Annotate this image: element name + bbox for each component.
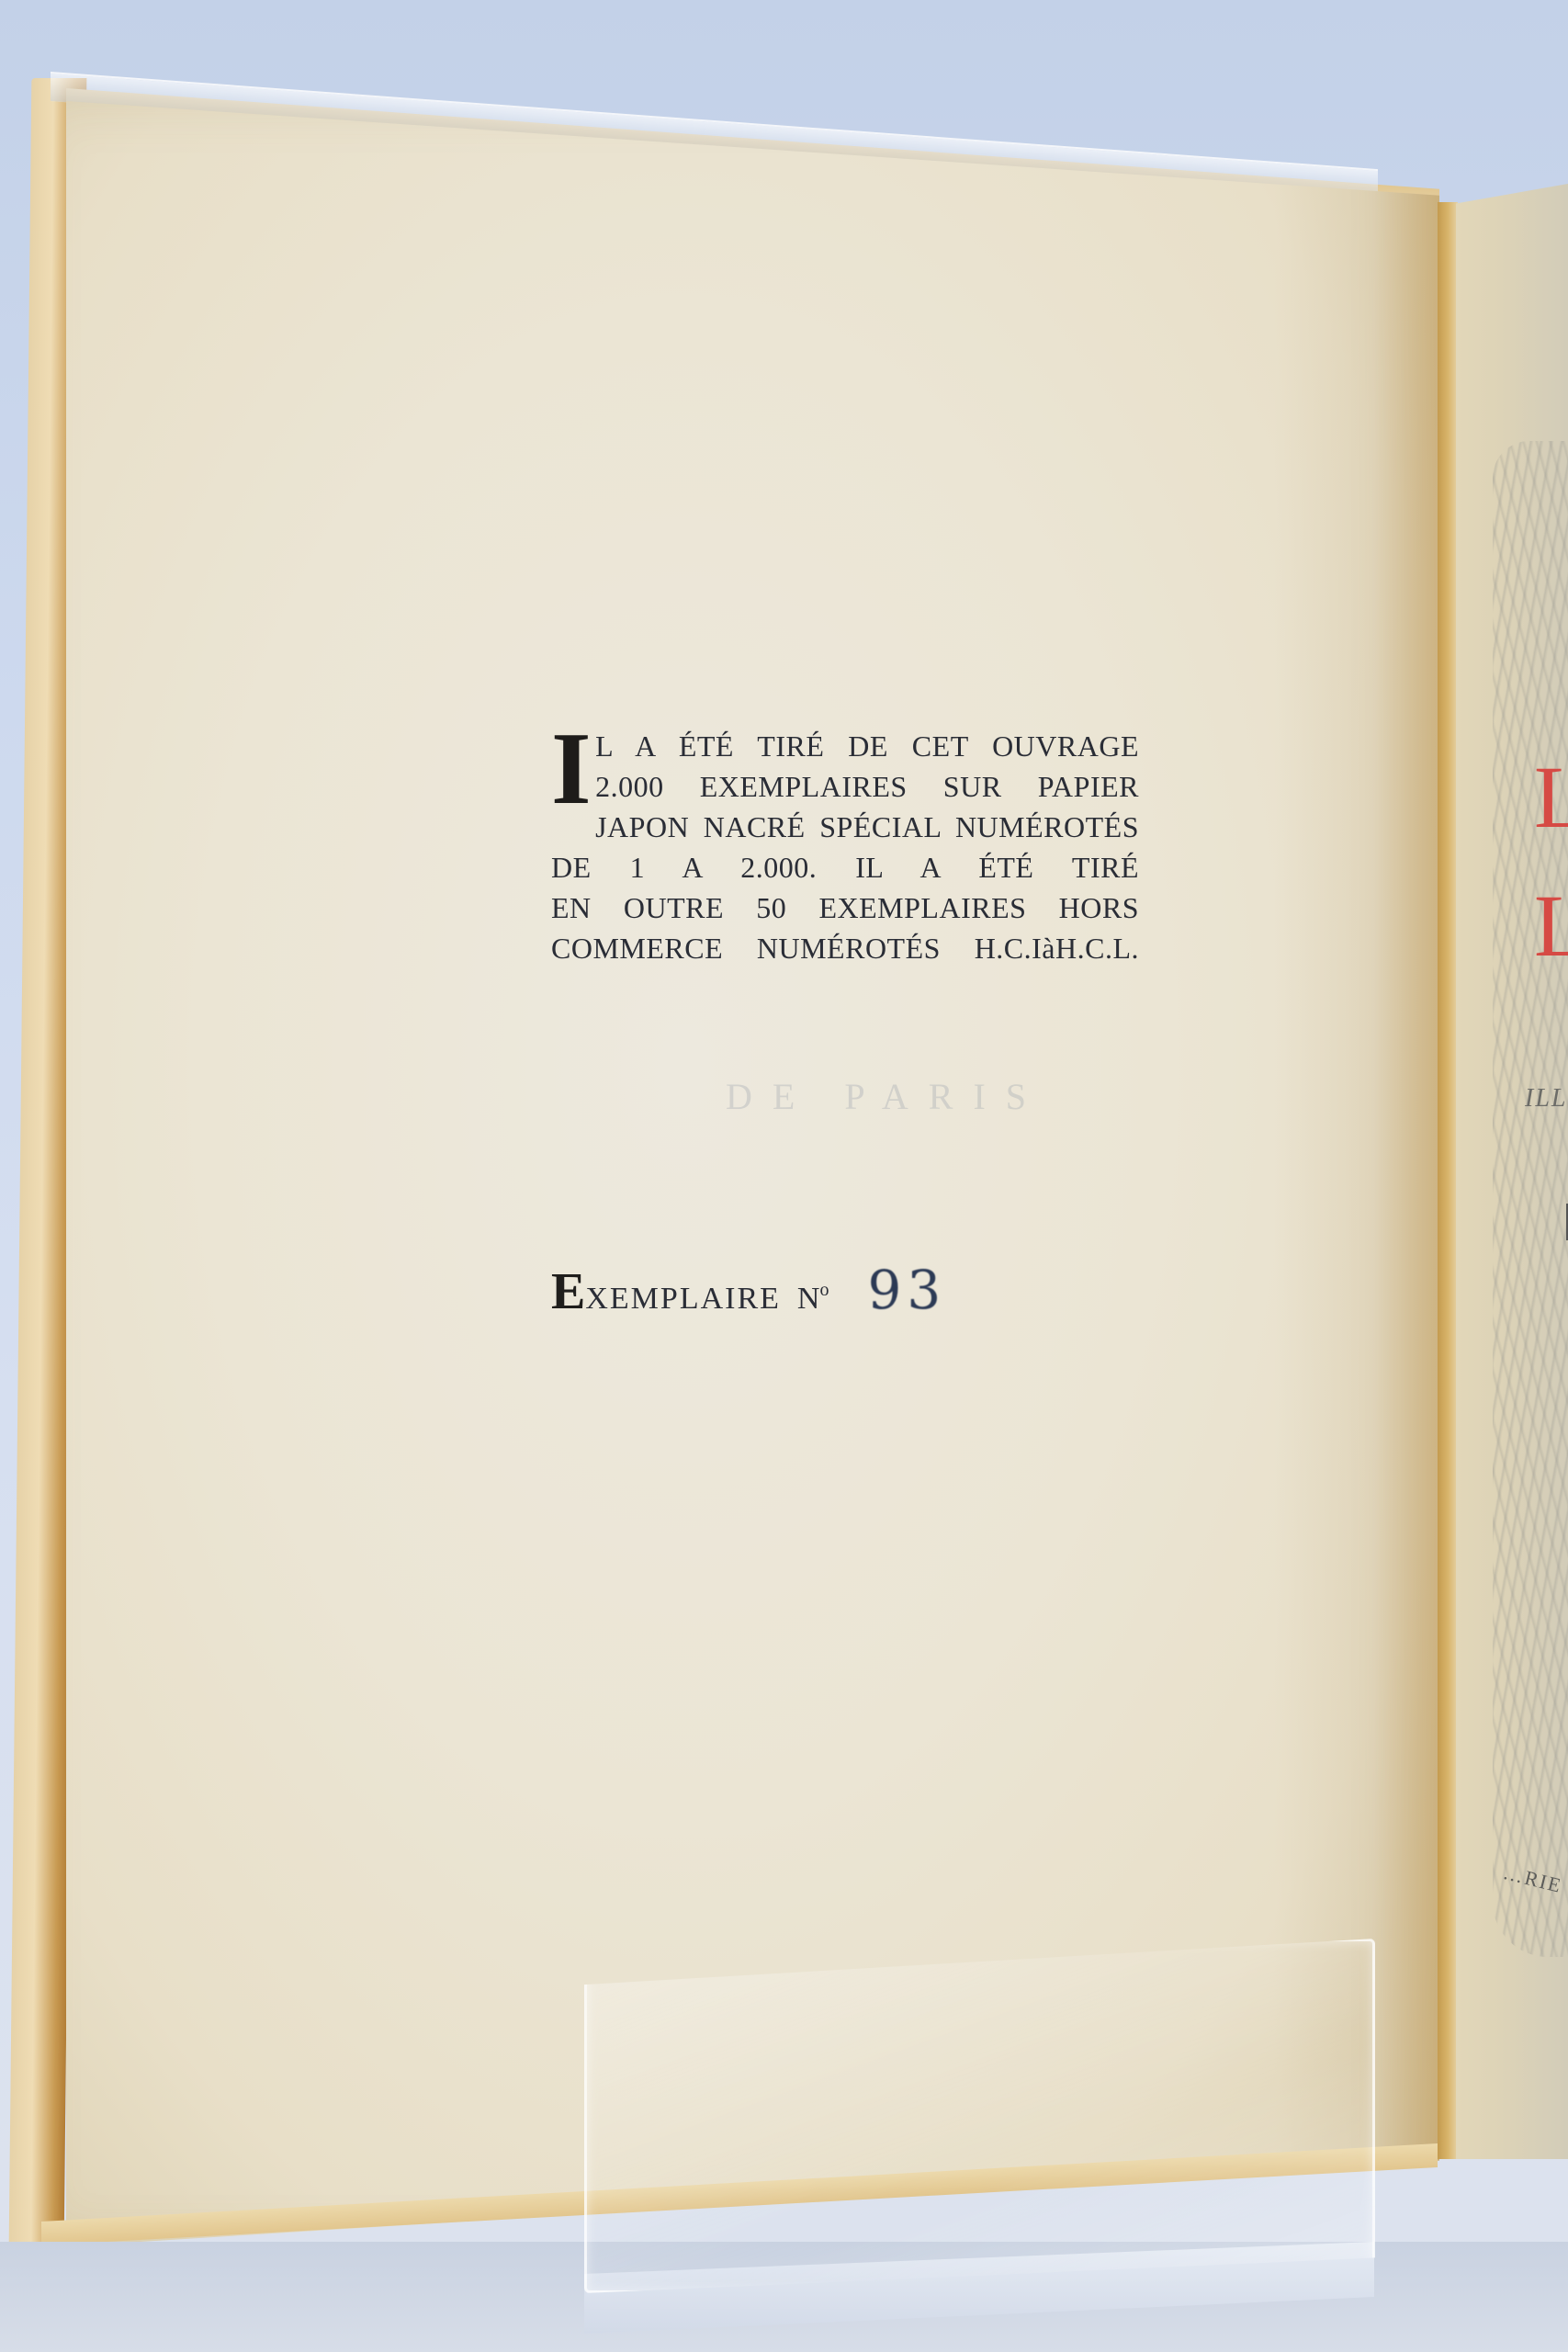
limitation-statement: I L A ÉTÉ TIRÉ DE CET OUVRAGE 2.000 EXEM… <box>551 726 1139 968</box>
statement-line: EN OUTRE 50 EXEMPLAIRES HORS <box>551 888 1139 928</box>
drop-cap: I <box>551 729 592 808</box>
title-red-line-1: LE <box>1534 753 1568 842</box>
handwritten-copy-number: 93 <box>867 1259 946 1321</box>
number-sign: No <box>797 1282 829 1316</box>
statement-line: COMMERCE NUMÉROTÉS H.C.IàH.C.L. <box>551 928 1139 968</box>
stand-panel <box>584 1939 1375 2293</box>
copy-label: XEMPLAIRE <box>585 1282 781 1316</box>
number-sign-letter: N <box>797 1282 820 1316</box>
number-sign-superscript: o <box>819 1280 829 1300</box>
limitation-paragraph: I L A ÉTÉ TIRÉ DE CET OUVRAGE 2.000 EXEM… <box>551 726 1139 968</box>
statement-line: L A ÉTÉ TIRÉ DE CET OUVRAGE <box>551 726 1139 766</box>
statement-line: DE 1 A 2.000. IL A ÉTÉ TIRÉ <box>551 847 1139 888</box>
show-through-text: DE PARIS <box>726 1075 1046 1118</box>
acrylic-book-stand <box>584 1939 1374 2343</box>
title-subtitle: ILLUST <box>1525 1084 1568 1114</box>
book-gutter <box>1438 202 1458 2159</box>
statement-line: JAPON NACRÉ SPÉCIAL NUMÉROTÉS <box>551 807 1139 847</box>
statement-line: 2.000 EXEMPLAIRES SUR PAPIER <box>551 766 1139 807</box>
book-photo-scene: DE PARIS I L A ÉTÉ TIRÉ DE CET OUVRAGE 2… <box>0 0 1568 2352</box>
justification-page <box>66 101 1439 2246</box>
copy-label-cap: E <box>551 1263 585 1320</box>
woodcut-illustration <box>1493 441 1568 1957</box>
copy-number-line: EXEMPLAIRE No 93 <box>551 1259 946 1321</box>
title-red-line-2: L <box>1534 882 1568 970</box>
